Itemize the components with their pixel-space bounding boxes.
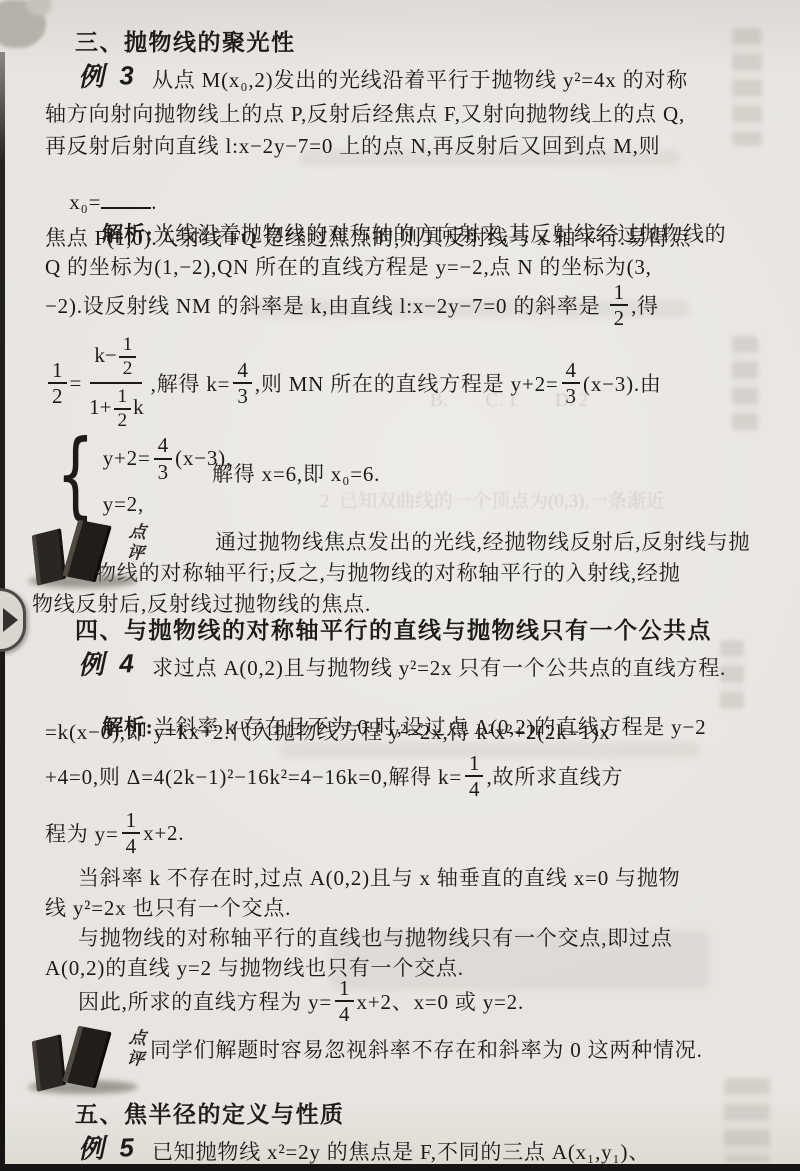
commentary-line: 通过抛物线焦点发出的光线,经抛物线反射后,反射线与抛	[215, 526, 750, 556]
problem-line: 轴方向射向抛物线上的点 P,反射后经焦点 F,又射向抛物线上的点 Q,	[45, 98, 685, 128]
system-result: 解得 x=6,即 x₀=6.	[212, 458, 380, 488]
ghost-smudge	[732, 336, 758, 432]
commentary-label: 点评	[120, 521, 149, 565]
example-3-label: 例 3	[77, 55, 138, 94]
scan-corner-artifact-highlight	[26, 0, 52, 16]
problem-line: 再反射后射向直线 l:x−2y−7=0 上的点 N,再反射后又回到点 M,则	[45, 130, 660, 160]
solution-math-line: 因此,所求的直线方程为 y=14x+2、x=0 或 y=2.	[78, 974, 524, 1028]
ghost-smudge	[732, 28, 762, 146]
side-tab-marker	[0, 588, 26, 652]
book-icon	[32, 528, 66, 585]
section-3-heading: 三、抛物线的聚光性	[75, 24, 296, 57]
book-icon	[62, 520, 111, 582]
problem-line: 求过点 A(0,2)且与抛物线 y²=2x 只有一个公共点的直线方程.	[152, 652, 726, 682]
ghost-smudge	[724, 1078, 770, 1162]
equation-system: { y+2=43(x−3), y=2,	[48, 432, 232, 518]
example-4-label: 例 4	[77, 643, 138, 682]
scanned-textbook-page: B. C. 1 D. 2 2 已知双曲线的一个顶点为(0,3),一条渐近 三、抛…	[0, 0, 800, 1171]
solution-math-line: +4=0,则 Δ=4(2k−1)²−16k²=4−16k=0,解得 k=14,故…	[45, 748, 623, 804]
solution-line: 焦点 F(1,0).入射线 FQ 是经过焦点的,则其反射线与 x 轴平行.易得点	[45, 222, 691, 252]
problem-line: 从点 M(x₀,2)发出的光线沿着平行于抛物线 y²=4x 的对称	[152, 64, 688, 94]
commentary-books-icon: 点评	[26, 516, 186, 598]
system-brace: {	[56, 428, 94, 523]
solution-line: 线 y²=2x 也只有一个交点.	[45, 892, 291, 922]
problem-line: 已知抛物线 x²=2y 的焦点是 F,不同的三点 A(x₁,y₁)、	[152, 1136, 650, 1166]
solution-line: =k(x−0),即 y=kx+2.代入抛物线方程 y²=2x,得 k²x²+2(…	[45, 716, 611, 746]
commentary-books-icon: 点评	[26, 1022, 186, 1104]
book-icon	[62, 1026, 111, 1088]
solution-line: 与抛物线的对称轴平行的直线也与抛物线只有一个交点,即过点	[78, 922, 673, 952]
example-5-label: 例 5	[77, 1127, 138, 1166]
commentary-line: 同学们解题时容易忽视斜率不存在和斜率为 0 这两种情况.	[150, 1034, 703, 1064]
triangle-icon	[3, 608, 18, 632]
solution-line: Q 的坐标为(1,−2),QN 所在的直线方程是 y=−2,点 N 的坐标为(3…	[45, 251, 652, 281]
solution-math-line: 程为 y=14x+2.	[45, 806, 184, 860]
solution-math-line: −2).设反射线 NM 的斜率是 k,由直线 l:x−2y−7=0 的斜率是 1…	[45, 278, 659, 332]
scan-edge-bottom	[0, 1164, 800, 1171]
ghost-text: 2 已知双曲线的一个顶点为(0,3),一条渐近	[320, 486, 665, 513]
section-4-heading: 四、与抛物线的对称轴平行的直线与抛物线只有一个公共点	[75, 612, 712, 645]
system-row: y=2,	[103, 492, 232, 517]
solution-math-line: 12=k−121+12k,解得 k=43,则 MN 所在的直线方程是 y+2=4…	[45, 336, 662, 430]
book-icon	[32, 1034, 66, 1091]
solution-line: 当斜率 k 不存在时,过点 A(0,2)且与 x 轴垂直的直线 x=0 与抛物	[78, 862, 680, 892]
commentary-label: 点评	[120, 1027, 149, 1071]
